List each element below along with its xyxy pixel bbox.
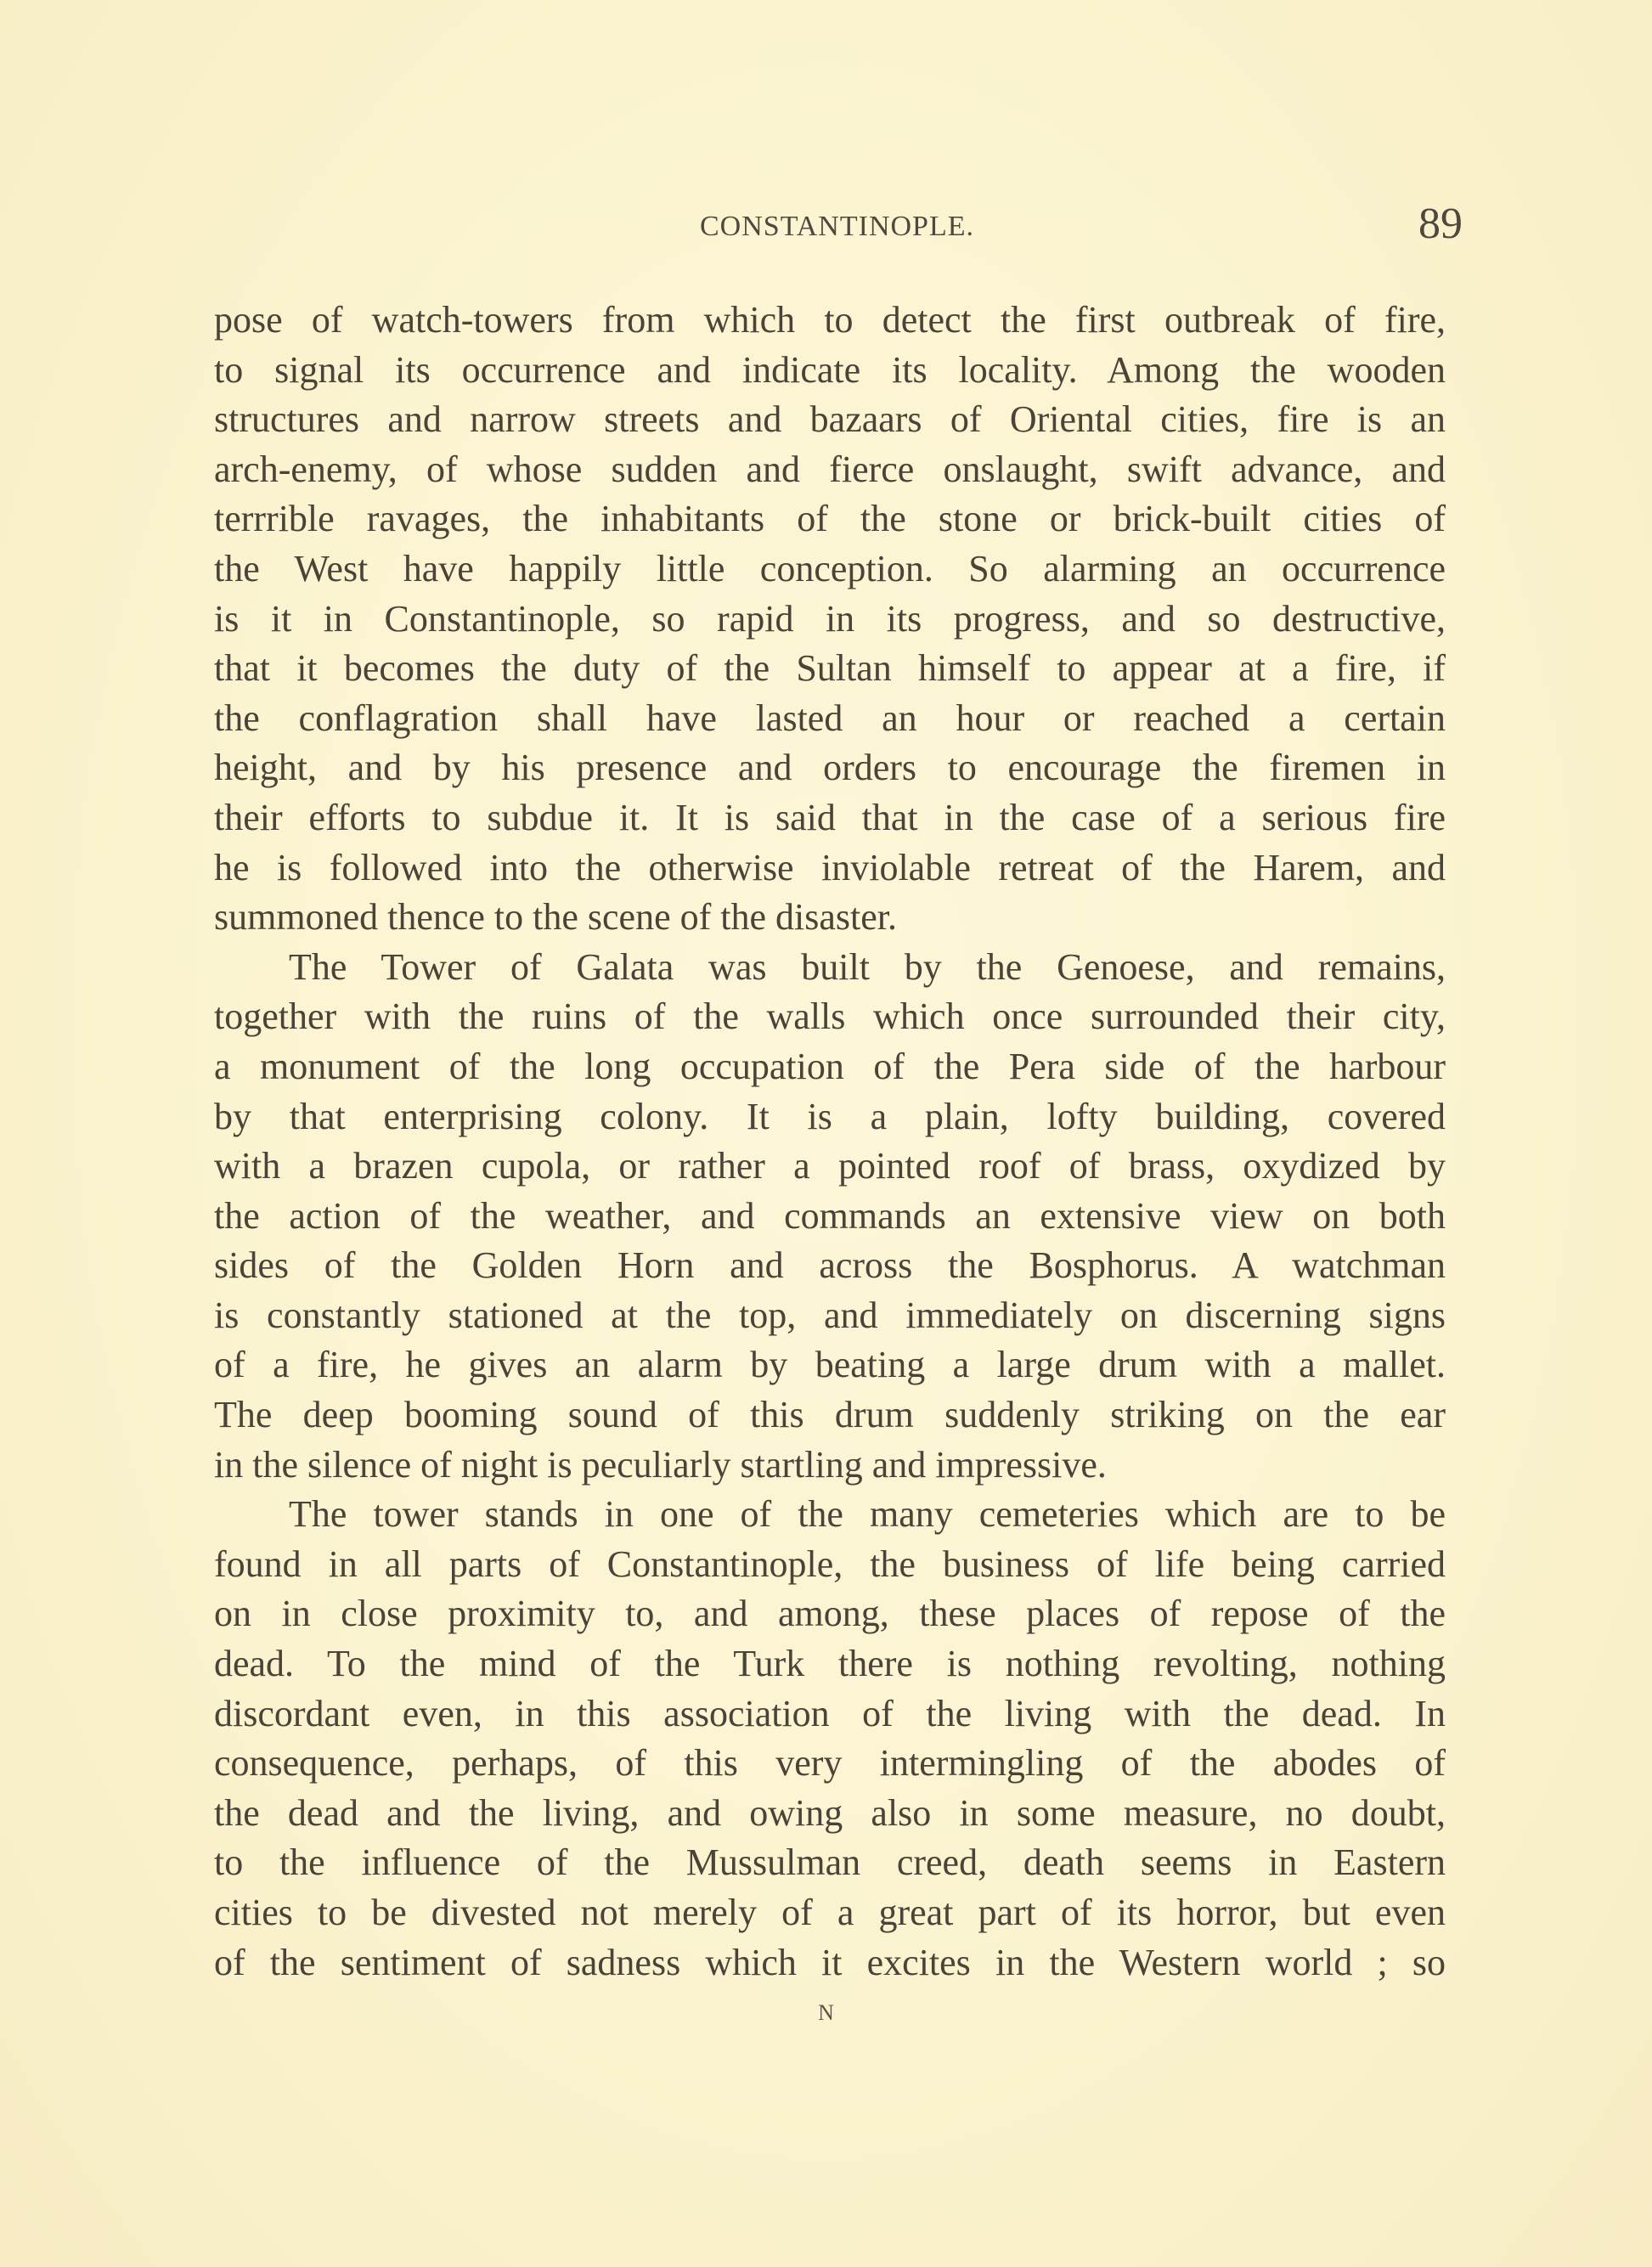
text-line: of the sentiment of sadness which it exc… — [214, 1938, 1446, 1988]
text-line: arch-enemy, of whose sudden and fierce o… — [214, 445, 1446, 495]
text-line: to the influence of the Mussulman creed,… — [214, 1838, 1446, 1888]
text-line: of a fire, he gives an alarm by beating … — [214, 1340, 1446, 1390]
text-line: found in all parts of Constantinople, th… — [214, 1540, 1446, 1590]
text-line: the conflagration shall have lasted an h… — [214, 694, 1446, 744]
text-line: terrrible ravages, the inhabitants of th… — [214, 494, 1446, 544]
text-line: is constantly stationed at the top, and … — [214, 1291, 1446, 1341]
text-line: the dead and the living, and owing also … — [214, 1789, 1446, 1839]
text-line: their efforts to subdue it. It is said t… — [214, 793, 1446, 843]
text-line: The Tower of Galata was built by the Gen… — [214, 943, 1446, 993]
book-page: CONSTANTINOPLE. 89 pose of watch-towers … — [0, 0, 1652, 2267]
text-line: is it in Constantinople, so rapid in its… — [214, 595, 1446, 645]
text-line: on in close proximity to, and among, the… — [214, 1589, 1446, 1639]
text-line: by that enterprising colony. It is a pla… — [214, 1092, 1446, 1142]
text-line: with a brazen cupola, or rather a pointe… — [214, 1142, 1446, 1192]
text-line: The tower stands in one of the many ceme… — [214, 1490, 1446, 1540]
text-line: summoned thence to the scene of the disa… — [214, 893, 1446, 943]
text-line: consequence, perhaps, of this very inter… — [214, 1739, 1446, 1789]
signature-mark: N — [0, 2000, 1652, 2026]
text-line: to signal its occurrence and indicate it… — [214, 346, 1446, 396]
text-line: that it becomes the duty of the Sultan h… — [214, 644, 1446, 694]
text-line: he is followed into the otherwise inviol… — [214, 843, 1446, 894]
text-line: The deep booming sound of this drum sudd… — [214, 1390, 1446, 1441]
text-line: discordant even, in this association of … — [214, 1689, 1446, 1740]
text-line: structures and narrow streets and bazaar… — [214, 395, 1446, 445]
body-text: pose of watch-towers from which to detec… — [214, 296, 1446, 1988]
text-line: the action of the weather, and commands … — [214, 1192, 1446, 1242]
text-line: dead. To the mind of the Turk there is n… — [214, 1639, 1446, 1689]
text-line: the West have happily little conception.… — [214, 544, 1446, 595]
running-head: CONSTANTINOPLE. 89 — [212, 204, 1444, 255]
text-line: pose of watch-towers from which to detec… — [214, 296, 1446, 346]
text-line: height, and by his presence and orders t… — [214, 743, 1446, 793]
text-line: sides of the Golden Horn and across the … — [214, 1241, 1446, 1291]
text-line: a monument of the long occupation of the… — [214, 1042, 1446, 1092]
text-line: together with the ruins of the walls whi… — [214, 992, 1446, 1042]
page-number: 89 — [1418, 199, 1463, 249]
text-line: in the silence of night is peculiarly st… — [214, 1441, 1446, 1491]
text-line: cities to be divested not merely of a gr… — [214, 1888, 1446, 1938]
running-title: CONSTANTINOPLE. — [700, 211, 974, 243]
